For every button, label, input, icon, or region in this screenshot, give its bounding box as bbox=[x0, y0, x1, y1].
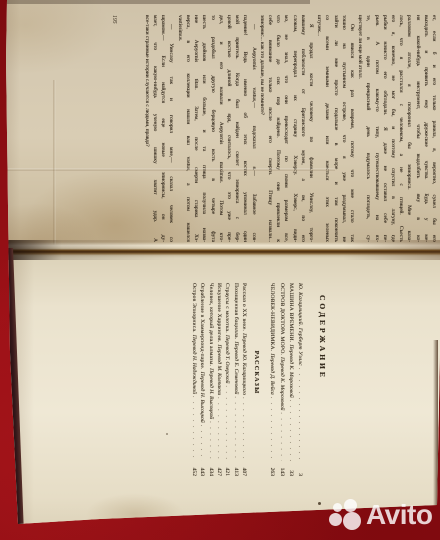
toc-entry-page: 3 bbox=[295, 463, 304, 476]
contents-heading: СОДЕРЖАНИЕ bbox=[318, 295, 327, 476]
story-line: выходить и привить ему дружеские чувства… bbox=[422, 15, 430, 242]
toc-entry: Похищенная бацилла.Перевод Е. Семеновой.… bbox=[231, 283, 239, 476]
dot-leader: . . . . . . . . . . . . . . . . . . . . … bbox=[240, 397, 248, 461]
story-line: рьев. А потом какому-то типу, путешество… bbox=[372, 15, 380, 242]
toc-entry-title: ОСТРОВ ДОКТОРА МОРО. bbox=[276, 283, 285, 355]
story-line: ралловом атолле, я похоронил бы эпиорнис… bbox=[405, 15, 413, 242]
page-speck bbox=[318, 502, 321, 505]
contents-rotated-text: СОДЕРЖАНИЕ Ю. Кагарлицкий. Герберт Уэллс… bbox=[18, 256, 437, 522]
story-line: ществует ли еще мой атолл. bbox=[356, 15, 364, 242]
story-line: что было до сих пор найдено. Поэтому они… bbox=[274, 15, 282, 242]
toc-entry-translator: Перевод Д. Вейса bbox=[267, 353, 276, 394]
photo-top-shadow bbox=[0, 0, 310, 4]
toc-entry: ОСТРОВ ДОКТОРА МОРО.Перевод К. Морозовой… bbox=[276, 283, 285, 476]
story-line: верса, в его коллекции нашли ваш vastus,… bbox=[184, 15, 192, 242]
toc-entry-title: Человек, который делал алмазы. bbox=[206, 283, 214, 366]
dot-leader: . . . . . . . . . . . . . . . . . . . . … bbox=[295, 368, 304, 461]
dot-leader: . . . . . . . . . . . . . . . . . . . . … bbox=[189, 396, 197, 461]
toc-entry: Ю. Кагарлицкий. Герберт Уэллс. . . . . .… bbox=[295, 283, 304, 476]
table-of-contents: СОДЕРЖАНИЕ Ю. Кагарлицкий. Герберт Уэллс… bbox=[189, 256, 437, 522]
story-line: рыбки начисто его обглодали. Я даже не о… bbox=[381, 15, 389, 242]
stories-heading: РАССКАЗЫ bbox=[253, 283, 260, 462]
toc-entry-translator: Перевод Е. Семеновой bbox=[231, 341, 239, 394]
avito-watermark: Avito bbox=[329, 499, 432, 530]
page-right-edge-shadow bbox=[433, 340, 438, 508]
dot-leader: . . . . . . . . . . . . . . . . . . . . … bbox=[267, 397, 276, 461]
toc-entry: Остров Эпиорниса.Перевод Н. Надеждиной. … bbox=[189, 283, 197, 476]
story-line: вавшему поблизости от Британского музея,… bbox=[299, 15, 307, 242]
avito-logo-icon bbox=[329, 499, 363, 530]
toc-entry-translator: Перевод Ю. Кагарлицкого bbox=[240, 333, 248, 395]
story-line: штучек... bbox=[315, 15, 323, 242]
toc-entry-translator: Перевод М. Колпакчи bbox=[215, 344, 223, 395]
dot-leader: . . . . . . . . . . . . . . . . . . . . … bbox=[286, 400, 295, 461]
story-line: все-таки странные истории случаются с лю… bbox=[143, 15, 151, 242]
story-line: его я, конечно, не мог бы, и поэтому спу… bbox=[389, 15, 397, 242]
page-crease-vertical bbox=[53, 80, 56, 250]
book-gutter-fade bbox=[0, 240, 440, 260]
story-line: словам, перепродал их старику Хэверсу. Х… bbox=[290, 15, 298, 242]
story-line: мо, не знал, что они превосходят по свои… bbox=[282, 15, 290, 242]
dot-leader: . . . . . . . . . . . . . . . . . . . . … bbox=[231, 396, 239, 461]
story-line: — Уинслоу так и говорил мне,— сказал чел… bbox=[167, 15, 175, 242]
toc-entry-page: 413 bbox=[231, 463, 239, 476]
story-line: vastissimus. bbox=[176, 15, 184, 242]
toc-entry-translator: Перевод Т. Озерской bbox=[223, 335, 231, 384]
toc-entry: МАШИНА ВРЕМЕНИ.Перевод К. Морозовой. . .… bbox=[286, 283, 295, 476]
story-page-rotated-text: ет, если б и его только ранила, я, вероя… bbox=[0, 0, 440, 250]
story-line: те, в один прекрасный день вздумалось по… bbox=[364, 15, 372, 242]
book-photo: ет, если б и его только ранила, я, вероя… bbox=[0, 0, 440, 540]
dot-leader: . . . . . . . . . . . . . . . . . . . . … bbox=[276, 412, 285, 461]
dot-leader: . . . . . . . . . . . . . . . . . . . . … bbox=[215, 397, 223, 461]
toc-entry-title: Ограбление в Хаммерпонд-парке. bbox=[198, 283, 206, 370]
story-line: зайти ли мне просто подальше в море и та… bbox=[331, 15, 339, 242]
page-crease-horizontal bbox=[0, 168, 335, 171]
toc-entry: Человек, который делал алмазы.Перевод Н.… bbox=[206, 283, 214, 476]
story-line: то раздобыл другую берцовую кость в четы… bbox=[208, 15, 216, 242]
toc-entry-title: Ю. Кагарлицкий. Герберт Уэллс bbox=[295, 283, 304, 366]
toc-entry-page: 427 bbox=[215, 463, 223, 476]
dot-leader: . . . . . . . . . . . . . . . . . . . . … bbox=[206, 421, 214, 461]
toc-entry-title: Остров Эпиорниса. bbox=[189, 283, 197, 333]
toc-entry: Искушение Харрингея.Перевод М. Колпакчи.… bbox=[215, 283, 223, 476]
toc-entry-translator: Перевод Н. Надеждиной bbox=[189, 335, 197, 394]
story-line: дел, и его назвали Aepyornis maximus. По… bbox=[217, 15, 225, 242]
contents-stories: Рассказ о XX веке.Перевод Ю. Кагарлицког… bbox=[189, 283, 248, 476]
toc-entry-page: 263 bbox=[267, 463, 276, 476]
open-book: ет, если б и его только ранила, я, вероя… bbox=[0, 0, 440, 540]
toc-entry-translator: Перевод К. Морозовой bbox=[276, 357, 285, 410]
toc-entry-page: 33 bbox=[286, 463, 295, 476]
story-line: Я продал кости человеку по фамилии Уинсл… bbox=[307, 15, 315, 242]
toc-entry-page: 443 bbox=[198, 463, 206, 476]
dot-leader: . . . . . . . . . . . . . . . . . . . . … bbox=[223, 385, 231, 461]
story-line: ня какой-нибудь инструмент, чтобы выдолб… bbox=[413, 15, 421, 242]
toc-entry: Ограбление в Хаммерпонд-парке.Перевод Н.… bbox=[198, 283, 206, 476]
toc-entry-title: МАШИНА ВРЕМЕНИ. bbox=[286, 283, 295, 342]
story-line: шесть дюймов или больше, и та птица полу… bbox=[200, 15, 208, 242]
story-text-block: ет, если б и его только ранила, я, вероя… bbox=[143, 0, 440, 250]
contents-entries: Ю. Кагарлицкий. Герберт Уэллс. . . . . .… bbox=[267, 283, 304, 476]
toc-entry: Страусы с молотка.Перевод Т. Озерской. .… bbox=[223, 283, 231, 476]
toc-entry-page: 452 bbox=[189, 463, 197, 476]
story-line: цовой костью длиной в ярд, считалось, чт… bbox=[225, 15, 233, 242]
toc-entry-translator: Перевод Н. Высоцкой bbox=[198, 372, 206, 423]
page-number: 195 bbox=[111, 15, 117, 242]
story-line: ет, если б и его только ранила, я, вероя… bbox=[430, 15, 438, 242]
toc-entry-title: Страусы с молотка. bbox=[223, 283, 231, 333]
toc-entry-translator: Перевод Н. Высоцкой bbox=[206, 368, 214, 419]
toc-entry: Рассказ о XX веке.Перевод Ю. Кагарлицког… bbox=[240, 283, 248, 476]
story-line: падение! Ведь именно об этих костях упом… bbox=[241, 15, 249, 242]
story-line: тошно на пустынном острове, что я уже ра… bbox=[340, 15, 348, 242]
toc-entry-title: Искушение Харрингея. bbox=[215, 283, 223, 342]
toc-entry: ЧЕЛОВЕК-НЕВИДИМКА.Перевод Д. Вейса. . . … bbox=[267, 283, 276, 476]
toc-entry-page: 421 bbox=[223, 463, 231, 476]
story-line: мой приятель. Когда был найден скелет эп… bbox=[233, 15, 241, 242]
toc-entry-title: ЧЕЛОВЕК-НЕВИДИМКА. bbox=[267, 283, 276, 351]
dot-leader: . . . . . . . . . . . . . . . . . . . . … bbox=[198, 425, 206, 461]
toc-entry-title: Похищенная бацилла. bbox=[231, 283, 239, 339]
story-line: эпиорнис... как это дальше, вы не помнит… bbox=[258, 15, 266, 242]
toc-entry-page: 434 bbox=[206, 463, 214, 476]
toc-entry-page: 407 bbox=[240, 463, 248, 476]
story-line: со всеми земными делами или наесться эти… bbox=[323, 15, 331, 242]
watermark-text: Avito bbox=[366, 499, 432, 530]
toc-entry-translator: Перевод К. Морозовой bbox=[286, 344, 295, 397]
story-line: Он явился как раз вовремя, потому что мн… bbox=[348, 15, 356, 242]
story-line: ние Aepyornis titan. Затем, после смерти… bbox=[192, 15, 200, 242]
toc-entry-title: Рассказ о XX веке. bbox=[240, 283, 248, 331]
story-line: мает, что какую-нибудь ученую шишку хват… bbox=[151, 15, 159, 242]
story-page: ет, если б и его только ранила, я, вероя… bbox=[0, 0, 440, 250]
page-speck bbox=[166, 433, 168, 435]
toc-entry-page: 143 bbox=[276, 463, 285, 476]
story-line: шрамом.— Если найдутся еще новые эпиорни… bbox=[159, 15, 167, 242]
story-line: — Aepyornis vastus,— подсказал я.— Забав… bbox=[249, 15, 257, 242]
story-line: лось, что я расстался с человеком, а не … bbox=[397, 15, 405, 242]
story-line: себе внимание только после его смерти. П… bbox=[266, 15, 274, 242]
